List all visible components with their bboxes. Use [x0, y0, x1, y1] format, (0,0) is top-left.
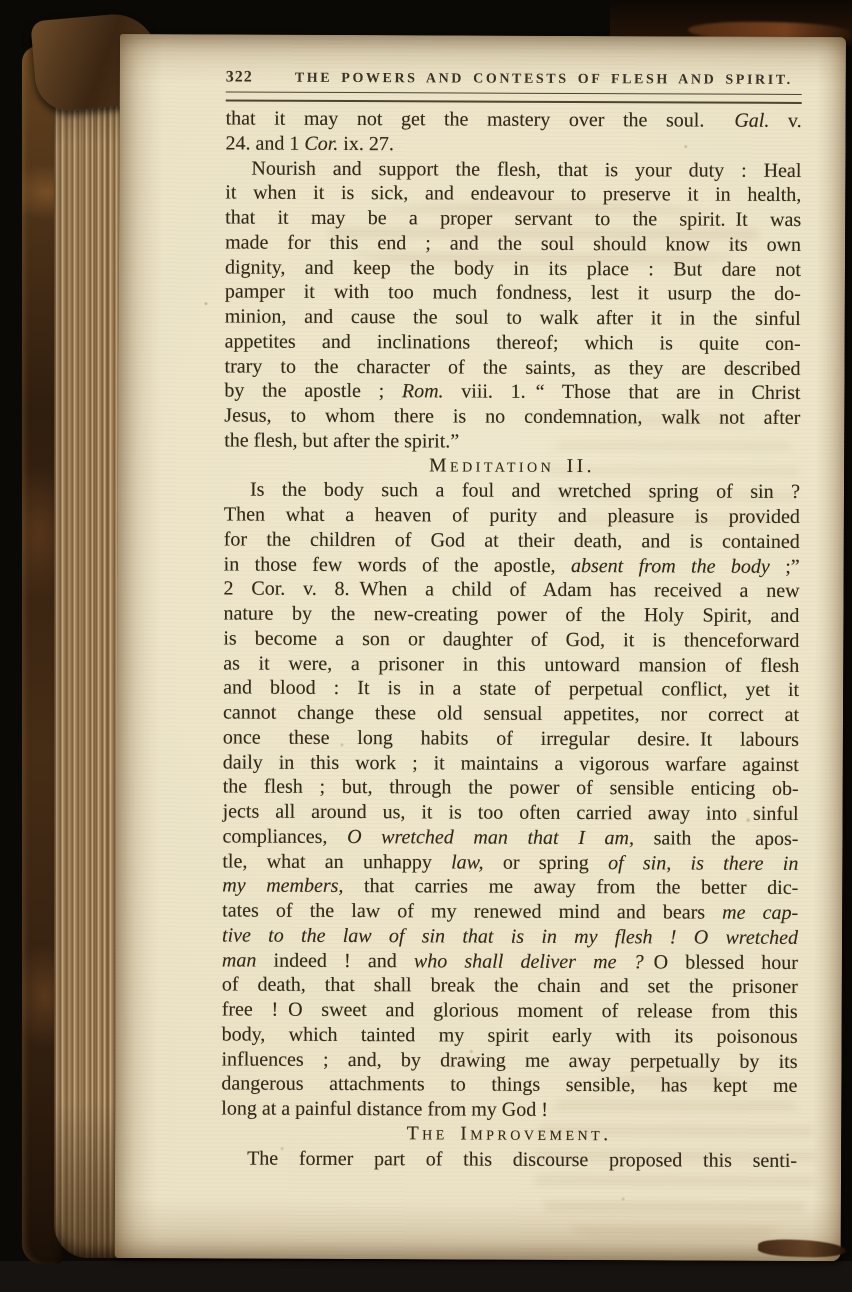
text-segment: as it were, a prisoner in this untoward …: [223, 652, 799, 677]
text-segment: long at a painful distance from my God !: [221, 1097, 548, 1120]
text-line: minion, and cause the soul to walk after…: [225, 304, 801, 331]
text-segment: appetites and inclinations thereof; whic…: [225, 330, 801, 355]
text-line: influences ; and, by drawing me away per…: [221, 1047, 797, 1074]
text-segment: ;”: [770, 555, 800, 577]
text-line: man indeed ! and who shall deliver me ? …: [222, 948, 798, 975]
text-segment: trary to the character of the saints, as…: [225, 355, 801, 380]
text-segment: dangerous attachments to things sensible…: [221, 1073, 797, 1098]
text-segment: free ! O sweet and glorious moment of re…: [222, 998, 798, 1023]
text-segment: man: [222, 949, 257, 971]
text-segment: The former part of this discourse propos…: [247, 1147, 797, 1171]
text-segment: indeed ! and: [256, 949, 414, 972]
text-segment: the flesh ; but, through the power of se…: [223, 776, 799, 801]
text-segment: once these long habits of irregular desi…: [223, 726, 799, 751]
text-line: trary to the character of the saints, as…: [224, 354, 800, 381]
text-segment: or spring: [484, 851, 609, 874]
text-segment: dignity, and keep the body in its place …: [225, 256, 801, 281]
text-line: in those few words of the apostle, absen…: [224, 552, 800, 579]
text-segment: minion, and cause the soul to walk after…: [225, 305, 801, 330]
running-header: 322 THE POWERS AND CONTESTS OF FLESH AND…: [226, 62, 802, 89]
text-line: as it were, a prisoner in this untoward …: [223, 651, 799, 678]
text-segment: that it may be a proper servant to the s…: [225, 206, 801, 231]
text-segment: the flesh, but after the spirit.”: [224, 429, 459, 452]
text-line: of death, that shall break the chain and…: [222, 973, 798, 1000]
text-segment: Jesus, to whom there is no condemnation,…: [224, 404, 800, 429]
text-segment: Nourish and support the flesh, that is y…: [251, 157, 801, 181]
page-number: 322: [226, 68, 286, 86]
text-segment: Rom.: [402, 380, 444, 402]
text-line: tive to the law of sin that is in my fle…: [222, 923, 798, 950]
text-line: compliances, O wretched man that I am, s…: [222, 824, 798, 851]
text-segment: is become a son or daughter of God, it i…: [223, 627, 799, 652]
text-segment: who shall deliver me ?: [414, 950, 644, 973]
text-line: made for this end ; and the soul should …: [225, 230, 801, 257]
text-line: my members, that carries me away from th…: [222, 874, 798, 901]
text-segment: of sin, is there in: [608, 852, 798, 875]
text-segment: for the children of God at their death, …: [224, 528, 800, 553]
text-line: Is the body such a foul and wretched spr…: [224, 478, 800, 505]
text-segment: compliances,: [222, 825, 347, 848]
text-line: jects all around us, it is too often car…: [223, 799, 799, 826]
book-scan-photo: 322 THE POWERS AND CONTESTS OF FLESH AND…: [0, 0, 852, 1292]
text-line: appetites and inclinations thereof; whic…: [225, 329, 801, 356]
text-line: that it may be a proper servant to the s…: [225, 205, 801, 232]
text-line: for the children of God at their death, …: [224, 527, 800, 554]
text-line: 24. and 1 Cor. ix. 27.: [225, 131, 801, 158]
text-segment: ix. 27.: [338, 133, 394, 155]
text-segment: it when it is sick, and endeavour to pre…: [225, 182, 801, 207]
text-segment: Meditation II.: [429, 455, 595, 477]
text-line: by the apostle ; Rom. viii. 1. “ Those t…: [224, 379, 800, 406]
text-line: once these long habits of irregular desi…: [223, 725, 799, 752]
book-page: 322 THE POWERS AND CONTESTS OF FLESH AND…: [115, 34, 846, 1261]
section-heading: Meditation II.: [224, 453, 800, 480]
text-line: Jesus, to whom there is no condemnation,…: [224, 403, 800, 430]
text-line: long at a painful distance from my God !: [221, 1096, 797, 1123]
text-segment: O wretched man that I am,: [347, 826, 634, 849]
text-segment: that it may not get the mastery over the…: [226, 107, 735, 131]
text-line: free ! O sweet and glorious moment of re…: [222, 997, 798, 1024]
text-segment: Then what a heaven of purity and pleasur…: [224, 503, 800, 528]
text-segment: my members,: [222, 875, 343, 898]
text-segment: 2 Cor. v. 8. When a child of Adam has re…: [224, 578, 800, 603]
text-segment: saith the apos-: [634, 827, 799, 850]
text-segment: cannot change these old sensual appetite…: [223, 701, 799, 726]
running-title: THE POWERS AND CONTESTS OF FLESH AND SPI…: [286, 71, 802, 89]
text-line: body, which tainted my spirit early with…: [222, 1022, 798, 1049]
text-line: the flesh ; but, through the power of se…: [223, 775, 799, 802]
text-segment: in those few words of the apostle,: [224, 553, 571, 577]
text-segment: pamper it with too much fondness, lest i…: [225, 281, 801, 306]
text-segment: body, which tainted my spirit early with…: [222, 1023, 798, 1048]
text-segment: tle, what an unhappy: [222, 850, 451, 873]
text-segment: jects all around us, it is too often car…: [223, 800, 799, 825]
text-segment: made for this end ; and the soul should …: [225, 231, 801, 256]
text-line: cannot change these old sensual appetite…: [223, 700, 799, 727]
text-segment: tive to the law of sin that is in my fle…: [222, 924, 798, 949]
text-segment: 24. and 1: [225, 132, 304, 154]
text-line: tates of the law of my renewed mind and …: [222, 898, 798, 925]
text-line: pamper it with too much fondness, lest i…: [225, 280, 801, 307]
text-line: it when it is sick, and endeavour to pre…: [225, 181, 801, 208]
text-line: 2 Cor. v. 8. When a child of Adam has re…: [224, 577, 800, 604]
text-line: nature by the new-creating power of the …: [223, 601, 799, 628]
text-line: is become a son or daughter of God, it i…: [223, 626, 799, 653]
text-segment: absent from the body: [571, 554, 770, 577]
text-segment: law,: [451, 851, 484, 873]
header-double-rule: [226, 91, 802, 104]
text-segment: Gal.: [734, 110, 769, 132]
section-heading: The Improvement.: [221, 1121, 797, 1148]
text-line: dignity, and keep the body in its place …: [225, 255, 801, 282]
text-segment: Cor.: [304, 133, 338, 155]
page-text-column: 322 THE POWERS AND CONTESTS OF FLESH AND…: [221, 62, 802, 1173]
text-line: Nourish and support the flesh, that is y…: [225, 156, 801, 183]
text-segment: of death, that shall break the chain and…: [222, 974, 798, 999]
text-line: Then what a heaven of purity and pleasur…: [224, 502, 800, 529]
body-text: that it may not get the mastery over the…: [221, 106, 802, 1173]
text-segment: and blood : It is in a state of perpetua…: [223, 677, 799, 702]
text-line: dangerous attachments to things sensible…: [221, 1072, 797, 1099]
text-line: tle, what an unhappy law, or spring of s…: [222, 849, 798, 876]
text-segment: Is the body such a foul and wretched spr…: [250, 479, 800, 503]
text-segment: The Improvement.: [407, 1123, 612, 1145]
text-line: the flesh, but after the spirit.”: [224, 428, 800, 455]
text-segment: tates of the law of my renewed mind and …: [222, 899, 722, 923]
text-line: The former part of this discourse propos…: [221, 1146, 797, 1173]
text-line: daily in this work ; it maintains a vigo…: [223, 750, 799, 777]
text-segment: by the apostle ;: [224, 380, 402, 403]
text-segment: daily in this work ; it maintains a vigo…: [223, 751, 799, 776]
text-segment: v.: [769, 110, 801, 132]
text-segment: nature by the new-creating power of the …: [223, 602, 799, 627]
text-segment: influences ; and, by drawing me away per…: [221, 1048, 797, 1073]
text-line: and blood : It is in a state of perpetua…: [223, 676, 799, 703]
text-segment: viii. 1. “ Those that are in Christ: [444, 381, 801, 405]
text-line: that it may not get the mastery over the…: [226, 106, 802, 133]
text-segment: that carries me away from the better dic…: [343, 875, 798, 899]
text-segment: me cap-: [722, 902, 798, 924]
text-segment: O blessed hour: [644, 951, 798, 974]
